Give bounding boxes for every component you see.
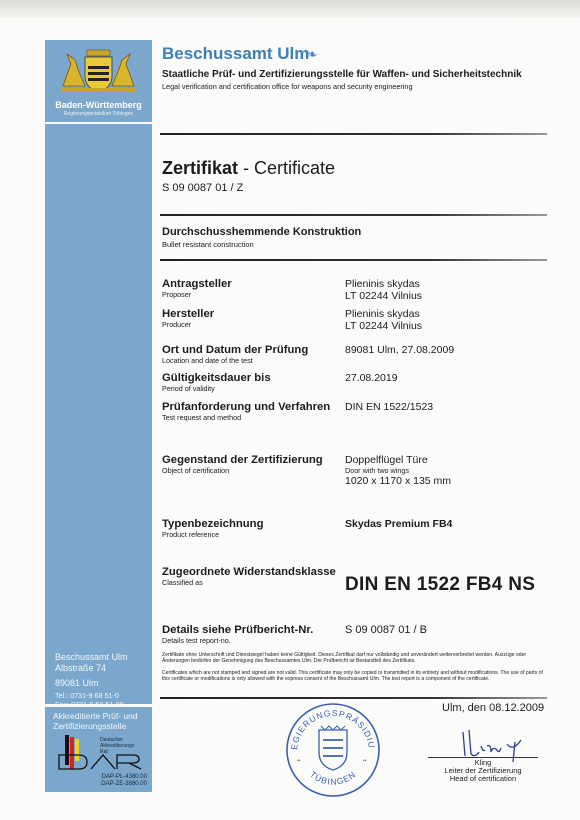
state-name: Baden-Württemberg — [45, 100, 152, 110]
address-city: 89081 Ulm — [55, 678, 136, 688]
official-seal-icon: REGIERUNGSPRÄSIDIUM TÜBINGEN •• •• — [283, 700, 383, 800]
accreditation-panel: Akkreditierte Prüf- und Zertifizierungss… — [45, 707, 152, 792]
svg-text:••: •• — [297, 758, 301, 764]
signer-role-en: Head of certification — [418, 775, 548, 783]
sidebar: Baden-Württemberg Regierungspräsidium Tü… — [45, 40, 152, 792]
certificate-number: S 09 0087 01 / Z — [162, 182, 243, 194]
divider — [160, 214, 547, 216]
svg-text:TÜBINGEN: TÜBINGEN — [308, 769, 358, 787]
field-producer: Hersteller Producer Plieninis skydasLT 0… — [162, 308, 547, 329]
registration-number-2: DAP-ZE-3880.00 — [101, 781, 147, 788]
registration-number-1: DAP-PL-4380.00 — [101, 774, 147, 781]
organization-name: Beschussamt Ulm — [162, 44, 309, 64]
field-test-method: Prüfanforderung und Verfahren Test reque… — [162, 401, 547, 422]
divider — [160, 697, 547, 699]
category-de: Durchschusshemmende Konstruktion — [162, 226, 361, 238]
dar-org-line-3: Rat — [100, 749, 134, 755]
sidebar-main-panel: Beschussamt Ulm Albstraße 74 89081 Ulm T… — [45, 124, 152, 704]
signer-block: Kling Leiter der Zertifizierung Head of … — [418, 759, 548, 783]
address-name: Beschussamt Ulm — [55, 652, 136, 663]
field-classification: Zugeordnete Widerstandsklasse Classified… — [162, 566, 547, 587]
organization-description-en: Legal verification and certification off… — [162, 82, 413, 91]
field-product-reference: Typenbezeichnung Product reference Skyda… — [162, 518, 547, 539]
divider — [160, 259, 547, 261]
accreditation-title-2: Zertifizierungsstelle — [53, 721, 138, 731]
svg-text:REGIERUNGSPRÄSIDIUM: REGIERUNGSPRÄSIDIUM — [283, 700, 377, 750]
stag-antler-icon: ❧ — [306, 46, 318, 63]
divider — [160, 133, 547, 135]
state-logo-panel: Baden-Württemberg Regierungspräsidium Tü… — [45, 40, 152, 122]
field-object: Gegenstand der Zertifizierung Object of … — [162, 454, 547, 475]
organization-description-de: Staatliche Prüf- und Zertifizierungsstel… — [162, 69, 522, 80]
fine-print-de: Zertifikate ohne Unterschrift und Dienst… — [162, 652, 550, 665]
field-proposer: Antragsteller Proposer Plieninis skydasL… — [162, 278, 547, 299]
issue-place-date: Ulm, den 08.12.2009 — [442, 702, 544, 714]
svg-text:••: •• — [363, 758, 367, 764]
scan-edge-shadow — [0, 0, 580, 18]
category-en: Bullet resistant construction — [162, 240, 254, 249]
address-street: Albstraße 74 — [55, 663, 136, 674]
fine-print-en: Certificates which are not stamped and s… — [162, 670, 550, 683]
state-subtitle: Regierungspräsidium Tübingen — [45, 111, 152, 117]
certificate-title: Zertifikat - Certificate — [162, 158, 335, 179]
field-test-location-date: Ort und Datum der Prüfung Location and d… — [162, 344, 547, 365]
field-test-report: Details siehe Prüfbericht-Nr. Details te… — [162, 624, 547, 645]
classification-value: DIN EN 1522 FB4 NS — [345, 574, 535, 596]
accreditation-title-1: Akkreditierte Prüf- und — [53, 711, 138, 721]
field-validity: Gültigkeitsdauer bis Period of validity … — [162, 372, 547, 393]
coat-of-arms-icon — [57, 46, 140, 96]
